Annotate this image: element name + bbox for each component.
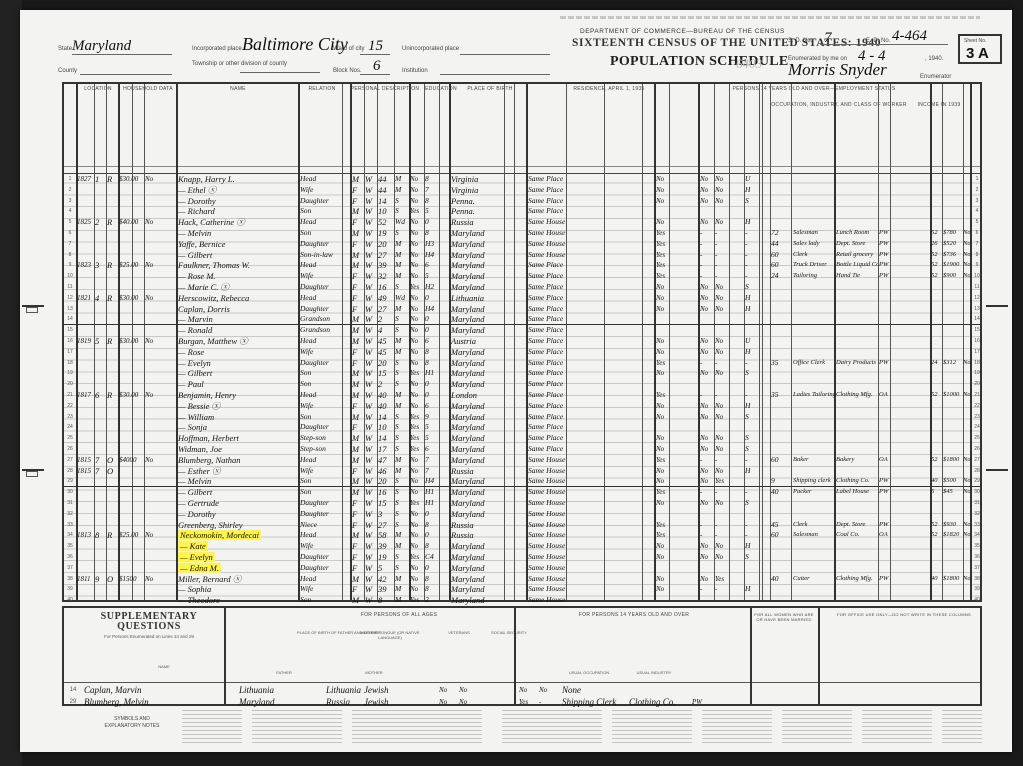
residence-cell: Same House [528, 574, 568, 585]
residence-cell: Same Place [528, 358, 568, 369]
name-cell: Caplan, Dorris [178, 304, 298, 315]
emergency-cell: No [715, 304, 729, 315]
marital-cell: S [395, 487, 409, 498]
income-cell: $736 [943, 250, 963, 261]
supp-col-name: NAME [124, 664, 204, 669]
grade-cell: H3 [425, 239, 439, 250]
birthplace-cell: Maryland [451, 358, 504, 369]
line-number: 11 [64, 282, 76, 293]
weeks-cell: 52 [931, 530, 943, 541]
relation-cell: Daughter [300, 552, 342, 563]
line-number-right: 37 [971, 563, 983, 574]
worked-cell: No [656, 293, 669, 304]
race-cell: W [365, 217, 377, 228]
residence-cell: Same House [528, 239, 568, 250]
marital-cell: M [395, 174, 409, 185]
hh-cell: 2 [95, 217, 106, 228]
birthplace-cell: Virginia [451, 174, 504, 185]
sex-cell: M [352, 206, 364, 217]
marital-cell: S [395, 444, 409, 455]
sd-label: S. D. No. [788, 38, 812, 44]
school-cell: No [410, 401, 424, 412]
grade-cell: 8 [425, 347, 439, 358]
occupation-cell: Sales lady [793, 239, 835, 250]
line-number-right: 4 [971, 206, 983, 217]
line-number: 7 [64, 239, 76, 250]
hh-cell: 4 [95, 293, 106, 304]
weeks-cell: 52 [931, 271, 943, 282]
race-cell: W [365, 271, 377, 282]
sheet-label: Sheet No. [964, 38, 986, 44]
seeking-cell: No [700, 185, 714, 196]
relation-cell: Son [300, 412, 342, 423]
birthplace-cell: Maryland [451, 304, 504, 315]
name-cell: Yaffe, Bernice [178, 239, 298, 250]
grade-cell: H1 [425, 498, 439, 509]
name-cell: — Paul [178, 379, 298, 390]
other-cell: No [963, 487, 971, 498]
hours-cell: 60 [771, 455, 791, 466]
grade-cell: 8 [425, 584, 439, 595]
income-cell: $1800 [943, 574, 963, 585]
race-cell: W [365, 433, 377, 444]
age-cell: 2 [378, 379, 394, 390]
line-number: 40 [64, 595, 76, 606]
supp-name-cell: Caplan, Marvin [84, 684, 224, 696]
income-cell: $780 [943, 228, 963, 239]
header-occupation: OCCUPATION, INDUSTRY, AND CLASS OF WORKE… [764, 102, 914, 108]
supp-vet1-cell: No [439, 684, 457, 696]
name-cell: — Bessie ⓧ [178, 401, 298, 412]
hh-cell: 1 [95, 174, 106, 185]
worked-cell: No [656, 584, 669, 595]
line-number: 20 [64, 379, 76, 390]
name-cell: — Dorothy [178, 196, 298, 207]
birthplace-cell: Maryland [451, 433, 504, 444]
grade-cell: 0 [425, 293, 439, 304]
worked-cell: No [656, 433, 669, 444]
residence-cell: Same Place [528, 271, 568, 282]
sex-cell: F [352, 509, 364, 520]
table-row: 17— RoseWifeFW45MNo8MarylandSame PlaceNo… [64, 347, 980, 358]
residence-cell: Same House [528, 595, 568, 606]
line-number-right: 26 [971, 444, 983, 455]
marital-cell: S [395, 368, 409, 379]
relation-cell: Head [300, 574, 342, 585]
relation-cell: Daughter [300, 282, 342, 293]
table-row: 20— PaulSonMW2SNo0MarylandSame Place20 [64, 379, 980, 390]
industry-cell: Coal Co. [836, 530, 878, 541]
name-cell: Miller, Bernard ⓧ [178, 574, 298, 585]
grade-cell: 8 [425, 196, 439, 207]
supp-name-cell: Blumberg, Melvin [84, 696, 224, 708]
table-row: 26Widman, JoeStep-sonMW17SYes6MarylandSa… [64, 444, 980, 455]
relation-cell: Head [300, 217, 342, 228]
class-cell: PW [879, 487, 891, 498]
class-cell: PW [879, 228, 891, 239]
hours-cell: 44 [771, 239, 791, 250]
income-cell: $45 [943, 487, 963, 498]
birthplace-cell: Maryland [451, 498, 504, 509]
income-cell: $930 [943, 520, 963, 531]
seeking-cell: - [700, 250, 714, 261]
status-cell: H [745, 185, 759, 196]
status-cell: S [745, 552, 759, 563]
race-cell: W [365, 412, 377, 423]
age-cell: 20 [378, 358, 394, 369]
school-cell: Yes [410, 412, 424, 423]
emergency-cell: No [715, 541, 729, 552]
grade-cell: 5 [425, 433, 439, 444]
race-cell: W [365, 196, 377, 207]
industry-cell: Dairy Products Co. [836, 358, 878, 369]
emergency-cell: No [715, 368, 729, 379]
line-number-right: 16 [971, 336, 983, 347]
relation-cell: Grandson [300, 325, 342, 336]
race-cell: W [365, 347, 377, 358]
residence-cell: Same Place [528, 174, 568, 185]
grade-cell: 7 [425, 185, 439, 196]
school-cell: No [410, 530, 424, 541]
class-cell: OA [879, 390, 891, 401]
line-number-right: 24 [971, 422, 983, 433]
sex-cell: M [352, 444, 364, 455]
seeking-cell: No [700, 347, 714, 358]
worked-cell: Yes [656, 520, 669, 531]
worked-cell: Yes [656, 271, 669, 282]
age-cell: 44 [378, 185, 394, 196]
value-cell: $25.00 [119, 260, 144, 271]
age-cell: 40 [378, 390, 394, 401]
sex-cell: F [352, 358, 364, 369]
weeks-cell: 52 [931, 390, 943, 401]
status-cell: - [745, 530, 759, 541]
supp-header-women: FOR ALL WOMEN WHO ARE OR HAVE BEEN MARRI… [754, 612, 814, 622]
grade-cell: H4 [425, 250, 439, 261]
seeking-cell: No [700, 433, 714, 444]
birthplace-cell: Maryland [451, 444, 504, 455]
race-cell: W [365, 379, 377, 390]
hh-cell: 9 [95, 574, 106, 585]
supp-col-usual-occupation: USUAL OCCUPATION [559, 670, 619, 675]
header-location: LOCATION [78, 86, 118, 92]
sex-cell: M [352, 336, 364, 347]
hh-cell: 7 [95, 466, 106, 477]
race-cell: W [365, 595, 377, 606]
table-row: 3418138R$25.00NoNeckomokin, MordecaiHead… [64, 530, 980, 541]
worked-cell: No [656, 174, 669, 185]
race-cell: W [365, 455, 377, 466]
birthplace-cell: Maryland [451, 239, 504, 250]
name-cell: — Rose [178, 347, 298, 358]
table-row: 7Yaffe, BerniceDaughterFW20MNoH3Maryland… [64, 239, 980, 250]
supp-header-office: FOR OFFICE USE ONLY—DO NOT WRITE IN THES… [824, 612, 984, 617]
table-row: 918233R$25.00NoFaulkner, Thomas W.HeadMW… [64, 260, 980, 271]
birthplace-cell: Maryland [451, 314, 504, 325]
status-cell: S [745, 196, 759, 207]
school-cell: Yes [410, 595, 424, 606]
table-row: 23— WilliamSonMW14SYes9MarylandSame Plac… [64, 412, 980, 423]
worked-cell: No [656, 368, 669, 379]
supp-col-tongue: MOTHER TONGUE (OR NATIVE LANGUAGE) [360, 630, 420, 640]
school-cell: No [410, 563, 424, 574]
house-cell: 1819 [77, 336, 94, 347]
emergency-cell: No [715, 498, 729, 509]
status-cell: H [745, 293, 759, 304]
industry-cell: Clothing Mfg. [836, 574, 878, 585]
line-number-right: 36 [971, 552, 983, 563]
residence-cell: Same Place [528, 196, 568, 207]
line-number-right: 20 [971, 379, 983, 390]
worked-cell: Yes [656, 260, 669, 271]
header-income: INCOME IN 1939 [914, 102, 964, 108]
relation-cell: Son-in-law [300, 250, 342, 261]
race-cell: W [365, 260, 377, 271]
grade-cell: 6 [425, 444, 439, 455]
race-cell: W [365, 466, 377, 477]
grade-cell: 8 [425, 228, 439, 239]
farm-cell: No [145, 455, 175, 466]
age-cell: 14 [378, 433, 394, 444]
relation-cell: Daughter [300, 358, 342, 369]
header-name: NAME [178, 86, 298, 92]
sex-cell: F [352, 282, 364, 293]
class-cell: PW [879, 260, 891, 271]
marital-cell: S [395, 476, 409, 487]
seeking-cell: No [700, 196, 714, 207]
sex-cell: M [352, 228, 364, 239]
grade-cell: 9 [425, 412, 439, 423]
emergency-cell: No [715, 174, 729, 185]
sex-cell: F [352, 196, 364, 207]
birthplace-cell: Maryland [451, 379, 504, 390]
status-cell: H [745, 541, 759, 552]
race-cell: W [365, 476, 377, 487]
relation-cell: Niece [300, 520, 342, 531]
line-number: 27 [64, 455, 76, 466]
race-cell: W [365, 487, 377, 498]
tenure-cell: O [107, 455, 118, 466]
school-cell: Yes [410, 444, 424, 455]
seeking-cell: - [700, 520, 714, 531]
race-cell: W [365, 282, 377, 293]
grade-cell: 6 [425, 260, 439, 271]
emergency-cell: No [715, 444, 729, 455]
table-row: 2118176R$30.00NoBenjamin, HenryHeadMW40M… [64, 390, 980, 401]
line-number: 21 [64, 390, 76, 401]
race-cell: W [365, 228, 377, 239]
house-cell: 1825 [77, 217, 94, 228]
school-cell: No [410, 250, 424, 261]
school-cell: No [410, 185, 424, 196]
supp-col-veterans: VETERANS [434, 630, 484, 635]
line-number: 16 [64, 336, 76, 347]
relation-cell: Wife [300, 401, 342, 412]
line-number: 38 [64, 574, 76, 585]
class-cell: PW [879, 239, 891, 250]
line-number-right: 29 [971, 476, 983, 487]
relation-cell: Daughter [300, 563, 342, 574]
sex-cell: F [352, 498, 364, 509]
table-row: 33Greenberg, ShirleyNieceFW27SNo8RussiaS… [64, 520, 980, 531]
school-cell: No [410, 293, 424, 304]
marital-cell: M [395, 185, 409, 196]
sex-cell: M [352, 487, 364, 498]
school-cell: Yes [410, 282, 424, 293]
marital-cell: S [395, 498, 409, 509]
worked-cell: No [656, 347, 669, 358]
sex-cell: M [352, 476, 364, 487]
sex-cell: F [352, 520, 364, 531]
emergency-cell: No [715, 282, 729, 293]
emergency-cell: No [715, 185, 729, 196]
emergency-cell: - [715, 228, 729, 239]
age-cell: 27 [378, 520, 394, 531]
grade-cell: 8 [425, 174, 439, 185]
occupation-cell: Salesman [793, 530, 835, 541]
year-suffix: , 1940. [925, 56, 943, 62]
line-number-right: 3 [971, 196, 983, 207]
sex-cell: F [352, 217, 364, 228]
status-cell: - [745, 228, 759, 239]
seeking-cell: - [700, 260, 714, 271]
race-cell: W [365, 444, 377, 455]
emergency-cell: - [715, 271, 729, 282]
table-row: 3818119O$1500NoMiller, Bernard ⓧHeadMW42… [64, 574, 980, 585]
residence-cell: Same Place [528, 379, 568, 390]
line-number: 24 [64, 422, 76, 433]
industry-cell: Label House [836, 487, 878, 498]
school-cell: No [410, 304, 424, 315]
seeking-cell: No [700, 217, 714, 228]
table-row: 32— DorothyDaughterFW3SNo0MarylandSame H… [64, 509, 980, 520]
line-number: 34 [64, 530, 76, 541]
race-cell: W [365, 206, 377, 217]
enumerator-label: Enumerator [920, 74, 951, 80]
seeking-cell: No [700, 498, 714, 509]
seeking-cell: - [700, 455, 714, 466]
income-cell: $1820 [943, 530, 963, 541]
name-cell: — Gertrude [178, 498, 298, 509]
school-cell: No [410, 379, 424, 390]
table-row: 37— Edna M.DaughterFW5SNo0MarylandSame H… [64, 563, 980, 574]
school-cell: Yes [410, 552, 424, 563]
industry-cell: Hand Tie [836, 271, 878, 282]
status-cell: S [745, 282, 759, 293]
name-cell: Hoffman, Herbert [178, 433, 298, 444]
line-number-right: 35 [971, 541, 983, 552]
line-number: 9 [64, 260, 76, 271]
relation-cell: Head [300, 260, 342, 271]
highlighted-name: — Kate [178, 541, 208, 551]
seeking-cell: - [700, 487, 714, 498]
table-row: 2718157O$4000NoBlumberg, NathanHeadMW47M… [64, 455, 980, 466]
relation-cell: Son [300, 228, 342, 239]
tenure-cell: O [107, 466, 118, 477]
grade-cell: C4 [425, 552, 439, 563]
relation-cell: Wife [300, 347, 342, 358]
table-row: 40— TheodoreSonMW8MYes2MarylandSame Hous… [64, 595, 980, 606]
race-cell: W [365, 509, 377, 520]
hours-cell: 60 [771, 530, 791, 541]
supp-usual-occ-cell: None [562, 684, 624, 696]
table-row: 11— Marie C. ⓧDaughterFW16SYesH2Maryland… [64, 282, 980, 293]
relation-cell: Step-son [300, 433, 342, 444]
marital-cell: S [395, 358, 409, 369]
tenure-cell: R [107, 293, 118, 304]
sex-cell: F [352, 185, 364, 196]
notes-title: SYMBOLS AND EXPLANATORY NOTES [102, 716, 162, 730]
name-cell: Faulkner, Thomas W. [178, 260, 298, 271]
farm-cell: No [145, 293, 175, 304]
status-cell: H [745, 584, 759, 595]
birthplace-cell: Maryland [451, 563, 504, 574]
sex-cell: M [352, 250, 364, 261]
emergency-cell: - [715, 584, 729, 595]
occupation-cell: Truck Driver [793, 260, 835, 271]
birthplace-cell: Maryland [451, 271, 504, 282]
line-number-right: 13 [971, 304, 983, 315]
line-number-right: 25 [971, 433, 983, 444]
age-cell: 27 [378, 250, 394, 261]
value-cell: $25.00 [119, 530, 144, 541]
age-cell: 10 [378, 422, 394, 433]
emergency-cell: - [715, 239, 729, 250]
sex-cell: M [352, 455, 364, 466]
race-cell: W [365, 574, 377, 585]
header-household: HOUSEHOLD DATA [118, 86, 178, 92]
grade-cell: 0 [425, 530, 439, 541]
industry-cell: Bakery [836, 455, 878, 466]
birthplace-cell: Penna. [451, 206, 504, 217]
page-header: State Maryland County Incorporated place… [20, 10, 1012, 82]
sex-cell: F [352, 293, 364, 304]
seeking-cell: No [700, 304, 714, 315]
weeks-cell: 52 [931, 250, 943, 261]
residence-cell: Same Place [528, 390, 568, 401]
occupation-cell: Baker [793, 455, 835, 466]
name-cell: — Gilbert [178, 487, 298, 498]
line-number-right: 34 [971, 530, 983, 541]
birthplace-cell: Maryland [451, 487, 504, 498]
line-number: 1 [64, 174, 76, 185]
supp-father-cell: Maryland [239, 696, 319, 708]
age-cell: 39 [378, 584, 394, 595]
birthplace-cell: Maryland [451, 401, 504, 412]
name-cell: — Gilbert [178, 368, 298, 379]
class-cell: PW [879, 476, 891, 487]
ward-value: 15 [368, 38, 383, 55]
relation-cell: Daughter [300, 304, 342, 315]
relation-cell: Wife [300, 541, 342, 552]
ward-label: Ward of city [333, 46, 364, 52]
value-cell: $40.00 [119, 217, 144, 228]
race-cell: W [365, 584, 377, 595]
sex-cell: M [352, 595, 364, 606]
line-number: 32 [64, 509, 76, 520]
industry-cell: Clothing Mfg. [836, 390, 878, 401]
residence-cell: Same House [528, 584, 568, 595]
age-cell: 2 [378, 314, 394, 325]
marital-cell: M [395, 336, 409, 347]
table-row: 19— GilbertSonMW15SYesH1MarylandSame Pla… [64, 368, 980, 379]
status-cell: S [745, 444, 759, 455]
farm-cell: No [145, 530, 175, 541]
status-cell: H [745, 466, 759, 477]
supp-vet2-cell: No [459, 696, 477, 708]
birthplace-cell: Maryland [451, 552, 504, 563]
supp-tongue-cell: Jewish [364, 684, 424, 696]
